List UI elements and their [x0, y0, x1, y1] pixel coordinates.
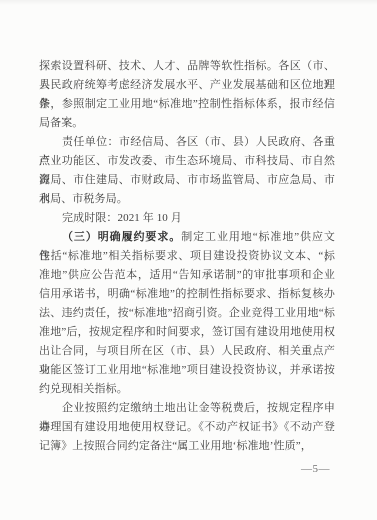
document-line: 信用承诺书，明确“标准地”的控制性指标要求、指标复核办 — [39, 285, 335, 304]
document-line: 人民政府统筹考虑经济发展水平、产业发展基础和区位地理条 — [39, 76, 335, 95]
paragraph-heading: （三）明确履约要求。 — [62, 231, 181, 243]
text-block: 探索设置科研、技术、人才、品牌等软性指标。各区（市、县）人民政府统筹考虑经济发展… — [39, 57, 335, 456]
document-line: 责任单位：市经信局、各区（市、县）人民政府、各重点 — [39, 133, 335, 152]
document-line: 局备案。 — [39, 114, 335, 133]
document-line: 件，参照制定工业用地“标准地”控制性指标体系，报市经信 — [39, 95, 335, 114]
document-line: 记簿》上按照合同约定备注“属工业用地‘标准地’性质”， — [39, 437, 335, 456]
document-line: 办理国有建设用地使用权登记。《不动产权证书》《不动产登 — [39, 418, 335, 437]
line-text: 包括“标准地”相关指标要求、项目建设投资协议文本、“标 — [39, 250, 335, 262]
document-line: （三）明确履约要求。制定工业用地“标准地”供应文件， — [39, 228, 335, 247]
document-line: 准地”供应公告范本，适用“告知承诺制”的审批事项和企业 — [39, 266, 335, 285]
document-line: 完成时限：2021 年 10 月 — [39, 209, 335, 228]
line-text: 准地”供应公告范本，适用“告知承诺制”的审批事项和企业 — [39, 269, 335, 281]
document-line: 企业按照约定缴纳土地出让金等税费后，按规定程序申请 — [39, 399, 335, 418]
document-line: 探索设置科研、技术、人才、品牌等软性指标。各区（市、县） — [39, 57, 335, 76]
line-text: 信用承诺书，明确“标准地”的控制性指标要求、指标复核办 — [39, 288, 335, 300]
line-text: 记簿》上按照合同约定备注“属工业用地‘标准地’性质”， — [39, 440, 312, 452]
page-number: —5— — [301, 463, 330, 475]
document-line: 产业功能区、市发改委、市生态环境局、市科技局、市自然资 — [39, 152, 335, 171]
line-text: 办理国有建设用地使用权登记。《不动产权证书》《不动产登 — [39, 421, 335, 433]
line-text: 功能区签订工业用地“标准地”项目建设投资协议，并承诺按 — [39, 364, 335, 376]
document-line: 包括“标准地”相关指标要求、项目建设投资协议文本、“标 — [39, 247, 335, 266]
document-page: 探索设置科研、技术、人才、品牌等软性指标。各区（市、县）人民政府统筹考虑经济发展… — [0, 0, 377, 520]
document-line: 约兑现相关指标。 — [39, 380, 335, 399]
document-line: 出让合同，与项目所在区（市、县）人民政府、相关重点产业 — [39, 342, 335, 361]
line-text: 件，参照制定工业用地“标准地”控制性指标体系，报市经信 — [39, 98, 335, 110]
document-line: 准地”后，按规定程序和时间要求，签订国有建设用地使用权 — [39, 323, 335, 342]
line-text: 完成时限：2021 年 10 月 — [62, 212, 182, 224]
line-text: 法、违约责任，按“标准地”招商引资。企业竞得工业用地“标 — [39, 307, 335, 319]
document-line: 法、违约责任，按“标准地”招商引资。企业竞得工业用地“标 — [39, 304, 335, 323]
line-text: 局备案。 — [39, 117, 83, 129]
document-line: 功能区签订工业用地“标准地”项目建设投资协议，并承诺按 — [39, 361, 335, 380]
document-line: 源局、市住建局、市财政局、市市场监管局、市应急局、市水 — [39, 171, 335, 190]
document-line: 利局、市税务局。 — [39, 190, 335, 209]
line-text: 约兑现相关指标。 — [39, 383, 128, 395]
line-text: 准地”后，按规定程序和时间要求，签订国有建设用地使用权 — [39, 326, 335, 338]
line-text: 利局、市税务局。 — [39, 193, 128, 205]
